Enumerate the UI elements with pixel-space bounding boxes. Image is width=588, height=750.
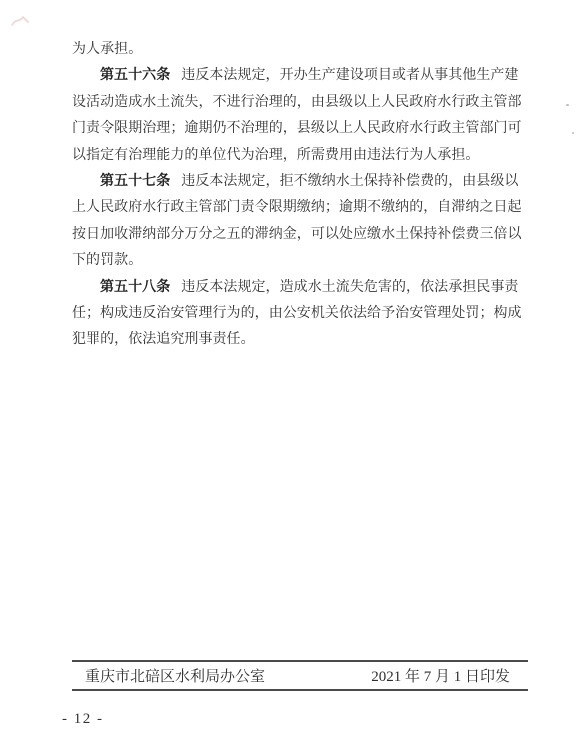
document-body: 为人承担。第五十六条违反本法规定，开办生产建设项目或者从事其他生产建设活动造成水…: [72, 37, 530, 354]
paragraph: 第五十六条违反本法规定，开办生产建设项目或者从事其他生产建设活动造成水土流失，不…: [72, 63, 530, 169]
scan-speck: [572, 132, 574, 134]
text-line: 门责令限期治理；逾期仍不治理的，县级以上人民政府水行政主管部门可: [72, 116, 530, 142]
text-line: 第五十七条违反本法规定，拒不缴纳水土保持补偿费的，由县级以: [72, 169, 530, 195]
scanned-document-page: 为人承担。第五十六条违反本法规定，开办生产建设项目或者从事其他生产建设活动造成水…: [0, 0, 588, 750]
text-line: 上人民政府水行政主管部门责令限期缴纳；逾期不缴纳的，自滞纳之日起: [72, 195, 530, 221]
text-line: 第五十八条违反本法规定，造成水土流失危害的，依法承担民事责: [72, 275, 530, 301]
paragraph: 为人承担。: [72, 37, 530, 63]
text-line: 犯罪的，依法追究刑事责任。: [72, 327, 530, 353]
paragraph: 第五十七条违反本法规定，拒不缴纳水土保持补偿费的，由县级以上人民政府水行政主管部…: [72, 169, 530, 275]
text-line: 为人承担。: [72, 37, 530, 63]
red-pen-mark: [10, 14, 30, 28]
article-number: 第五十七条: [100, 174, 170, 189]
text-line: 按日加收滞纳部分万分之五的滞纳金，可以处应缴水土保持补偿费三倍以: [72, 222, 530, 248]
footer-print-date: 2021 年 7 月 1 日印发: [371, 665, 528, 686]
text-line: 下的罚款。: [72, 248, 530, 274]
footer-office-name: 重庆市北碚区水利局办公室: [72, 665, 265, 686]
text-line: 设活动造成水土流失，不进行治理的，由县级以上人民政府水行政主管部: [72, 90, 530, 116]
text-line: 任；构成违反治安管理行为的，由公安机关依法给予治安管理处罚；构成: [72, 301, 530, 327]
text-line: 第五十六条违反本法规定，开办生产建设项目或者从事其他生产建: [72, 63, 530, 89]
text-line: 以指定有治理能力的单位代为治理，所需费用由违法行为人承担。: [72, 143, 530, 169]
page-number: - 12 -: [62, 711, 104, 728]
article-number: 第五十八条: [100, 280, 170, 295]
scan-speck: [566, 104, 569, 106]
paragraph: 第五十八条违反本法规定，造成水土流失危害的，依法承担民事责任；构成违反治安管理行…: [72, 275, 530, 354]
document-footer: 重庆市北碚区水利局办公室 2021 年 7 月 1 日印发: [72, 660, 528, 691]
article-number: 第五十六条: [100, 68, 170, 83]
